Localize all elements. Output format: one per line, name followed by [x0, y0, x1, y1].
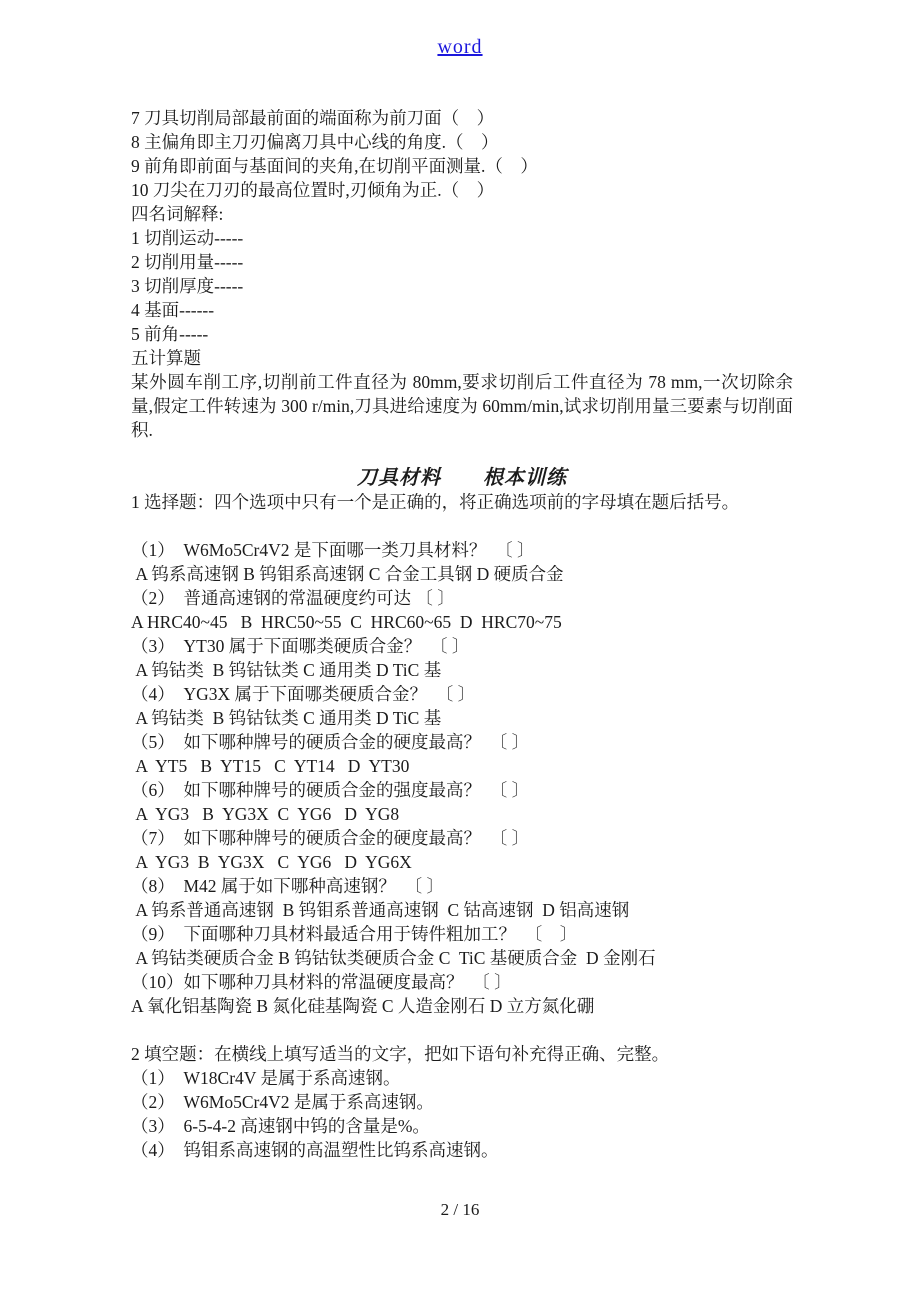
choice-question: （6） 如下哪种牌号的硬质合金的强度最高？ 〔 〕 — [131, 778, 793, 802]
choice-question: （10）如下哪种刀具材料的常温硬度最高？ 〔 〕 — [131, 970, 793, 994]
calculation-heading: 五计算题 — [131, 346, 793, 370]
definition-item: 3 切削厚度----- — [131, 274, 793, 298]
choice-options: A YT5 B YT15 C YT14 D YT30 — [131, 754, 793, 778]
choice-options: A YG3 B YG3X C YG6 D YG8 — [131, 802, 793, 826]
judge-question: 9 前角即前面与基面间的夹角,在切削平面测量.（ ） — [131, 154, 793, 178]
choice-options: A 钨钴类 B 钨钴钛类 C 通用类 D TiC 基 — [131, 706, 793, 730]
definition-item: 5 前角----- — [131, 322, 793, 346]
choice-section-intro: 1 选择题：四个选项中只有一个是正确的，将正确选项前的字母填在题后括号。 — [131, 490, 793, 514]
definitions-heading: 四名词解释: — [131, 202, 793, 226]
choice-options: A 钨系普通高速钢 B 钨钼系普通高速钢 C 钴高速钢 D 铝高速钢 — [131, 898, 793, 922]
choice-question: （5） 如下哪种牌号的硬质合金的硬度最高？ 〔 〕 — [131, 730, 793, 754]
choice-question: （1） W6Mo5Cr4V2 是下面哪一类刀具材料？ 〔 〕 — [131, 538, 793, 562]
blank-line — [131, 1018, 793, 1042]
judge-question: 7 刀具切削局部最前面的端面称为前刀面（ ） — [131, 106, 793, 130]
choice-options: A 钨钴类 B 钨钴钛类 C 通用类 D TiC 基 — [131, 658, 793, 682]
choice-options: A 钨钴类硬质合金 B 钨钴钛类硬质合金 C TiC 基硬质合金 D 金刚石 — [131, 946, 793, 970]
blank-line — [131, 514, 793, 538]
document-page: word 7 刀具切削局部最前面的端面称为前刀面（ ） 8 主偏角即主刀刃偏离刀… — [0, 0, 920, 1302]
page-footer: 2 / 16 — [0, 1200, 920, 1220]
choice-options: A 钨系高速钢 B 钨钼系高速钢 C 合金工具钢 D 硬质合金 — [131, 562, 793, 586]
choice-question: （2） 普通高速钢的常温硬度约可达 〔 〕 — [131, 586, 793, 610]
page-number: 2 / 16 — [441, 1200, 480, 1219]
judge-question: 8 主偏角即主刀刃偏离刀具中心线的角度.（ ） — [131, 130, 793, 154]
choice-question: （8） M42 属于如下哪种高速钢？ 〔 〕 — [131, 874, 793, 898]
fill-question: （1） W18Cr4V 是属于系高速钢。 — [131, 1066, 793, 1090]
fill-question: （3） 6-5-4-2 高速钢中钨的含量是%。 — [131, 1114, 793, 1138]
choice-options: A 氧化铝基陶瓷 B 氮化硅基陶瓷 C 人造金刚石 D 立方氮化硼 — [131, 994, 793, 1018]
choice-question: （9） 下面哪种刀具材料最适合用于铸件粗加工？ 〔 〕 — [131, 922, 793, 946]
document-header: word — [0, 36, 920, 59]
document-body: 7 刀具切削局部最前面的端面称为前刀面（ ） 8 主偏角即主刀刃偏离刀具中心线的… — [131, 106, 793, 1162]
fill-section-intro: 2 填空题：在横线上填写适当的文字，把如下语句补充得正确、完整。 — [131, 1042, 793, 1066]
choice-options: A YG3 B YG3X C YG6 D YG6X — [131, 850, 793, 874]
choice-options: A HRC40~45 B HRC50~55 C HRC60~65 D HRC70… — [131, 610, 793, 634]
blank-line — [131, 442, 793, 466]
section-title: 刀具材料 根本训练 — [131, 466, 793, 490]
fill-question: （4） 钨钼系高速钢的高温塑性比钨系高速钢。 — [131, 1138, 793, 1162]
fill-question: （2） W6Mo5Cr4V2 是属于系高速钢。 — [131, 1090, 793, 1114]
calculation-problem: 某外圆车削工序,切削前工件直径为 80mm,要求切削后工件直径为 78 mm,一… — [131, 370, 793, 442]
choice-question: （3） YT30 属于下面哪类硬质合金？ 〔 〕 — [131, 634, 793, 658]
choice-question: （4） YG3X 属于下面哪类硬质合金？ 〔 〕 — [131, 682, 793, 706]
definition-item: 4 基面------ — [131, 298, 793, 322]
definition-item: 2 切削用量----- — [131, 250, 793, 274]
judge-question: 10 刀尖在刀刃的最高位置时,刃倾角为正.（ ） — [131, 178, 793, 202]
word-header-link[interactable]: word — [437, 36, 482, 58]
definition-item: 1 切削运动----- — [131, 226, 793, 250]
choice-question: （7） 如下哪种牌号的硬质合金的硬度最高？ 〔 〕 — [131, 826, 793, 850]
